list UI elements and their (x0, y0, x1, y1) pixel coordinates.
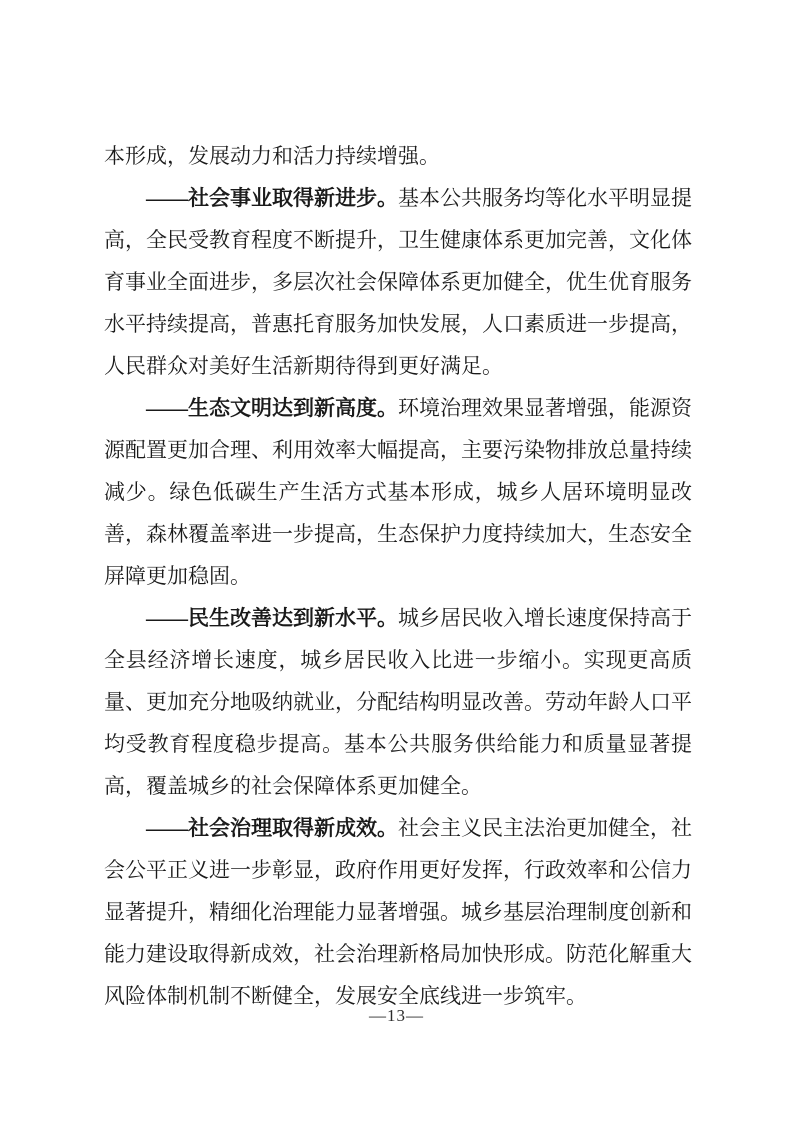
paragraph-livelihood-improvement-text: 城乡居民收入增长速度保持高于全县经济增长速度，城乡居民收入比进一步缩小。实现更高… (104, 606, 692, 798)
paragraph-livelihood-improvement-lead: ——民生改善达到新水平。 (146, 606, 398, 630)
document-body: 本形成，发展动力和活力持续增强。 ——社会事业取得新进步。基本公共服务均等化水平… (104, 135, 692, 1017)
paragraph-livelihood-improvement: ——民生改善达到新水平。城乡居民收入增长速度保持高于全县经济增长速度，城乡居民收… (104, 597, 692, 807)
paragraph-continuation-text: 本形成，发展动力和活力持续增强。 (104, 144, 440, 168)
paragraph-social-governance-text: 社会主义民主法治更加健全，社会公平正义进一步彰显，政府作用更好发挥，行政效率和公… (104, 816, 692, 1008)
paragraph-continuation: 本形成，发展动力和活力持续增强。 (104, 135, 692, 177)
paragraph-social-programs: ——社会事业取得新进步。基本公共服务均等化水平明显提高，全民受教育程度不断提升，… (104, 177, 692, 387)
document-page: 本形成，发展动力和活力持续增强。 ——社会事业取得新进步。基本公共服务均等化水平… (0, 0, 793, 1122)
paragraph-social-programs-lead: ——社会事业取得新进步。 (146, 186, 398, 210)
paragraph-ecological-civilization: ——生态文明达到新高度。环境治理效果显著增强，能源资源配置更加合理、利用效率大幅… (104, 387, 692, 597)
paragraph-social-governance: ——社会治理取得新成效。社会主义民主法治更加健全，社会公平正义进一步彰显，政府作… (104, 807, 692, 1017)
paragraph-ecological-civilization-lead: ——生态文明达到新高度。 (146, 396, 398, 420)
paragraph-ecological-civilization-text: 环境治理效果显著增强，能源资源配置更加合理、利用效率大幅提高，主要污染物排放总量… (104, 396, 692, 588)
page-number: —13— (0, 1003, 793, 1029)
paragraph-social-programs-text: 基本公共服务均等化水平明显提高，全民受教育程度不断提升，卫生健康体系更加完善，文… (104, 186, 692, 378)
paragraph-social-governance-lead: ——社会治理取得新成效。 (146, 816, 398, 840)
